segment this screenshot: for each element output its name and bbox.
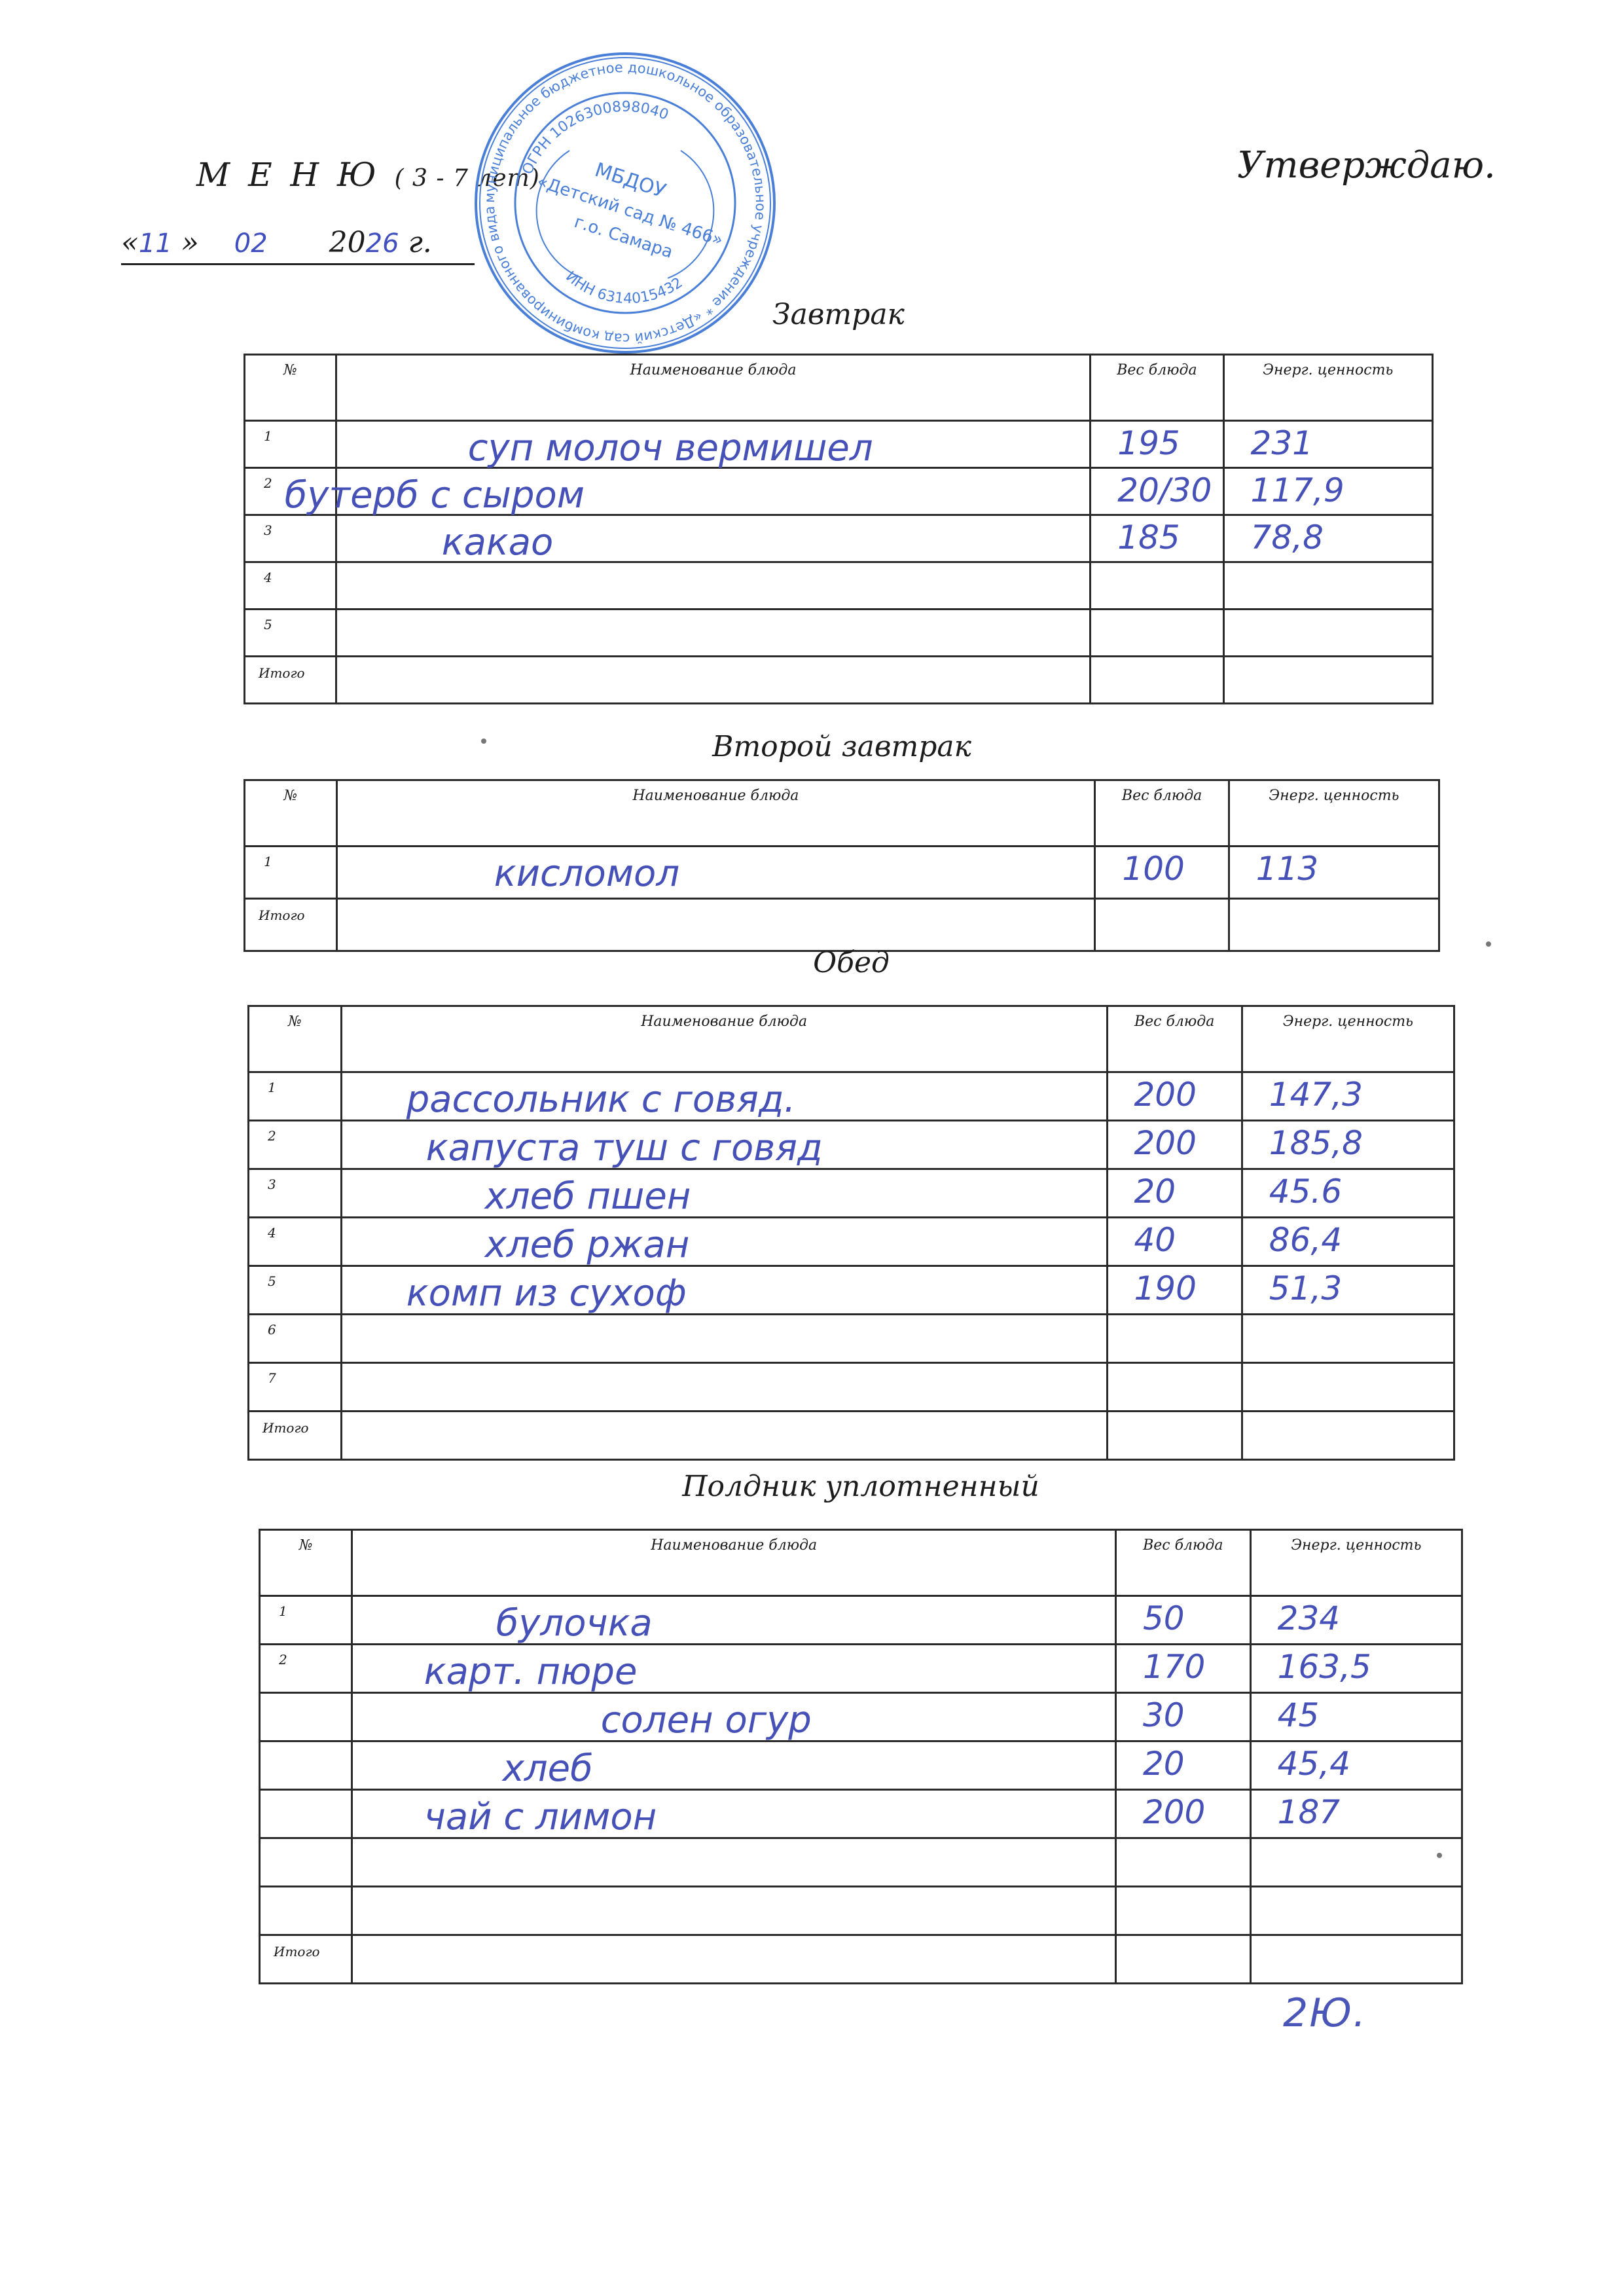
dish-energy-cell[interactable]: 45.6 [1242, 1169, 1454, 1218]
table-row: хлеб2045,4 [260, 1741, 1462, 1790]
dish-energy-cell[interactable]: 185,8 [1242, 1121, 1454, 1169]
dish-weight: 20 [1134, 1173, 1176, 1211]
row-number [260, 1887, 352, 1935]
table-row [260, 1838, 1462, 1887]
dish-weight: 100 [1122, 850, 1184, 888]
table-row: 4 [245, 562, 1433, 610]
dish-weight-cell[interactable] [1107, 1363, 1242, 1412]
dish-name-cell[interactable] [352, 1838, 1116, 1887]
table-row: 4хлеб ржан4086,4 [249, 1218, 1454, 1266]
svg-text:ОГРН 1026300898040: ОГРН 1026300898040 [519, 99, 670, 177]
table-row: чай с лимон200187 [260, 1790, 1462, 1838]
date-year-prefix: 20 [329, 226, 366, 259]
column-header-weight: Вес блюда [1095, 780, 1229, 847]
column-header-name: Наименование блюда [341, 1006, 1107, 1072]
total-cell[interactable] [1223, 657, 1432, 704]
row-number: 4 [249, 1218, 342, 1266]
total-row: Итого [245, 657, 1433, 704]
date-year-unit: г. [408, 226, 432, 259]
dish-name: бутерб с сыром [285, 474, 585, 517]
dish-name-cell[interactable]: какао [336, 515, 1091, 562]
signature: 2Ю. [1283, 1990, 1367, 2036]
dish-energy-cell[interactable] [1250, 1887, 1462, 1935]
table-row: 5 [245, 610, 1433, 657]
row-number: 2 [260, 1645, 352, 1693]
date-close-quote: » [181, 226, 199, 259]
dish-name-cell[interactable] [341, 1315, 1107, 1363]
table-row: 3какао18578,8 [245, 515, 1433, 562]
dish-energy-cell[interactable]: 231 [1223, 421, 1432, 468]
dish-weight-cell[interactable] [1107, 1315, 1242, 1363]
dish-energy-cell[interactable]: 113 [1229, 847, 1439, 899]
column-header-weight: Вес блюда [1115, 1530, 1250, 1596]
dish-energy-cell[interactable]: 187 [1250, 1790, 1462, 1838]
dish-energy-cell[interactable] [1223, 610, 1432, 657]
dish-weight-cell[interactable]: 190 [1107, 1266, 1242, 1315]
table-row: 2капуста туш с говяд200185,8 [249, 1121, 1454, 1169]
dish-weight: 20/30 [1117, 471, 1212, 509]
dish-energy: 187 [1278, 1793, 1340, 1831]
column-header-energy: Энерг. ценность [1250, 1530, 1462, 1596]
dish-energy-cell[interactable]: 78,8 [1223, 515, 1432, 562]
date-year-suffix: 26 [366, 228, 399, 259]
row-number: 1 [260, 1596, 352, 1645]
dish-weight: 20 [1143, 1745, 1185, 1783]
dish-name-cell[interactable] [336, 610, 1091, 657]
dish-energy: 113 [1256, 850, 1318, 888]
total-cell[interactable] [341, 1412, 1107, 1460]
dish-weight-cell[interactable] [1091, 562, 1223, 610]
column-header-weight: Вес блюда [1107, 1006, 1242, 1072]
total-label: Итого [260, 1935, 352, 1984]
column-header-energy: Энерг. ценность [1229, 780, 1439, 847]
table-row: 1булочка50234 [260, 1596, 1462, 1645]
dish-weight: 200 [1143, 1793, 1205, 1831]
menu-table: №Наименование блюдаВес блюдаЭнерг. ценно… [244, 354, 1434, 704]
dish-weight: 30 [1143, 1696, 1185, 1734]
section-title: Полдник уплотненный [632, 1470, 1090, 1503]
dish-energy-cell[interactable]: 86,4 [1242, 1218, 1454, 1266]
table-row: 6 [249, 1315, 1454, 1363]
row-number: 1 [249, 1072, 342, 1121]
dish-energy: 45 [1278, 1696, 1320, 1734]
table-row [260, 1887, 1462, 1935]
dish-name: комп из сухоф [406, 1272, 687, 1315]
dish-weight-cell[interactable]: 20 [1115, 1741, 1250, 1790]
dish-name-cell[interactable]: комп из сухоф [341, 1266, 1107, 1315]
table-row: 3хлеб пшен2045.6 [249, 1169, 1454, 1218]
total-row: Итого [260, 1935, 1462, 1984]
dish-name: хлеб ржан [485, 1224, 690, 1266]
column-header-weight: Вес блюда [1091, 355, 1223, 421]
dish-energy-cell[interactable]: 147,3 [1242, 1072, 1454, 1121]
dish-weight-cell[interactable]: 20 [1107, 1169, 1242, 1218]
dish-name-cell[interactable] [341, 1363, 1107, 1412]
dish-weight-cell[interactable]: 100 [1095, 847, 1229, 899]
dish-name-cell[interactable]: рассольник с говяд. [341, 1072, 1107, 1121]
row-number: 3 [249, 1169, 342, 1218]
total-cell[interactable] [1229, 899, 1439, 951]
dish-energy: 78,8 [1251, 519, 1324, 556]
total-cell[interactable] [336, 899, 1095, 951]
row-number: 2 [249, 1121, 342, 1169]
section-title: Обед [623, 946, 1081, 979]
dish-weight: 190 [1134, 1269, 1197, 1307]
dish-name-cell[interactable]: хлеб [352, 1741, 1116, 1790]
dish-name-cell[interactable]: хлеб пшен [341, 1169, 1107, 1218]
approval-label: Утверждаю. [1237, 144, 1496, 187]
dish-energy: 86,4 [1269, 1221, 1342, 1259]
total-label: Итого [245, 899, 337, 951]
dish-weight-cell[interactable]: 170 [1115, 1645, 1250, 1693]
row-number: 1 [245, 847, 337, 899]
dish-energy: 185,8 [1269, 1124, 1363, 1162]
dish-name: булочка [496, 1602, 653, 1645]
column-header-name: Наименование блюда [336, 355, 1091, 421]
dish-name-cell[interactable] [352, 1887, 1116, 1935]
dish-name: чай с лимон [424, 1796, 657, 1838]
row-number [260, 1741, 352, 1790]
dish-weight: 195 [1117, 424, 1180, 462]
dish-name-cell[interactable]: солен огур [352, 1693, 1116, 1741]
dish-name: хлеб пшен [485, 1175, 691, 1218]
total-label: Итого [249, 1412, 342, 1460]
column-header-name: Наименование блюда [352, 1530, 1116, 1596]
dish-weight-cell[interactable]: 200 [1115, 1790, 1250, 1838]
table-row: 7 [249, 1363, 1454, 1412]
dish-energy-cell[interactable]: 45 [1250, 1693, 1462, 1741]
dish-energy-cell[interactable]: 163,5 [1250, 1645, 1462, 1693]
column-header-energy: Энерг. ценность [1242, 1006, 1454, 1072]
dish-name: какао [442, 521, 554, 564]
dish-name: рассольник с говяд. [406, 1078, 796, 1121]
total-label: Итого [245, 657, 336, 704]
dish-weight: 40 [1134, 1221, 1176, 1259]
row-number: 4 [245, 562, 336, 610]
dish-name: капуста туш с говяд [426, 1127, 823, 1169]
dish-name: хлеб [503, 1747, 593, 1790]
dish-weight: 185 [1117, 519, 1180, 556]
date-month: 02 [234, 228, 268, 259]
dish-energy: 45,4 [1278, 1745, 1350, 1783]
row-number: 5 [249, 1266, 342, 1315]
row-number [260, 1693, 352, 1741]
menu-date: «11 » 02 2026 г. [121, 226, 475, 265]
dish-energy: 45.6 [1269, 1173, 1342, 1211]
dish-name: кисломол [494, 852, 679, 895]
dish-energy: 117,9 [1251, 471, 1344, 509]
dish-weight: 200 [1134, 1076, 1197, 1114]
dish-name-cell[interactable]: хлеб ржан [341, 1218, 1107, 1266]
dish-energy: 163,5 [1278, 1648, 1371, 1686]
table-row: 2бутерб с сыром20/30117,9 [245, 468, 1433, 515]
dish-weight-cell[interactable]: 40 [1107, 1218, 1242, 1266]
total-cell[interactable] [1095, 899, 1229, 951]
dish-weight: 50 [1143, 1599, 1185, 1637]
dish-name-cell[interactable]: кисломол [336, 847, 1095, 899]
total-row: Итого [249, 1412, 1454, 1460]
dish-weight-cell[interactable]: 185 [1091, 515, 1223, 562]
column-header-num: № [245, 780, 337, 847]
date-day: 11 [139, 228, 172, 259]
table-row: 1кисломол100113 [245, 847, 1439, 899]
dish-energy-cell[interactable] [1242, 1363, 1454, 1412]
dish-name-cell[interactable]: бутерб с сыром [336, 468, 1091, 515]
dish-name-cell[interactable] [336, 562, 1091, 610]
dish-weight-cell[interactable]: 30 [1115, 1693, 1250, 1741]
dish-weight-cell[interactable] [1091, 610, 1223, 657]
total-cell[interactable] [1107, 1412, 1242, 1460]
dish-energy: 147,3 [1269, 1076, 1363, 1114]
dish-name-cell[interactable]: чай с лимон [352, 1790, 1116, 1838]
row-number: 5 [245, 610, 336, 657]
date-open-quote: « [121, 226, 139, 259]
row-number: 6 [249, 1315, 342, 1363]
menu-table: №Наименование блюдаВес блюдаЭнерг. ценно… [244, 779, 1440, 952]
total-cell[interactable] [1250, 1935, 1462, 1984]
dish-weight: 170 [1143, 1648, 1205, 1686]
dish-weight-cell[interactable] [1115, 1887, 1250, 1935]
dish-weight-cell[interactable]: 200 [1107, 1072, 1242, 1121]
menu-title-text: М Е Н Ю [196, 156, 380, 194]
row-number: 7 [249, 1363, 342, 1412]
dish-energy: 231 [1251, 424, 1313, 462]
column-header-energy: Энерг. ценность [1223, 355, 1432, 421]
dish-energy-cell[interactable]: 117,9 [1223, 468, 1432, 515]
column-header-num: № [260, 1530, 352, 1596]
dish-name-cell[interactable]: карт. пюре [352, 1645, 1116, 1693]
column-header-num: № [245, 355, 336, 421]
dish-name: солен огур [601, 1699, 812, 1741]
total-cell[interactable] [1115, 1935, 1250, 1984]
column-header-name: Наименование блюда [336, 780, 1095, 847]
dish-energy-cell[interactable]: 45,4 [1250, 1741, 1462, 1790]
table-row: солен огур3045 [260, 1693, 1462, 1741]
dish-name-cell[interactable]: булочка [352, 1596, 1116, 1645]
dish-weight-cell[interactable]: 200 [1107, 1121, 1242, 1169]
dish-energy-cell[interactable]: 234 [1250, 1596, 1462, 1645]
dish-weight-cell[interactable]: 50 [1115, 1596, 1250, 1645]
dish-name: карт. пюре [424, 1650, 638, 1693]
row-number: 3 [245, 515, 336, 562]
total-cell[interactable] [1242, 1412, 1454, 1460]
total-cell[interactable] [1091, 657, 1223, 704]
dish-energy-cell[interactable]: 51,3 [1242, 1266, 1454, 1315]
row-number: 1 [245, 421, 336, 468]
dish-energy-cell[interactable] [1250, 1838, 1462, 1887]
dish-energy: 234 [1278, 1599, 1340, 1637]
dish-name-cell[interactable]: капуста туш с говяд [341, 1121, 1107, 1169]
column-header-num: № [249, 1006, 342, 1072]
menu-table: №Наименование блюдаВес блюдаЭнерг. ценно… [259, 1529, 1463, 1984]
row-number [260, 1838, 352, 1887]
dish-energy-cell[interactable] [1242, 1315, 1454, 1363]
dish-name: суп молоч вермишел [468, 427, 873, 469]
section-title: Завтрак [609, 298, 1068, 331]
section-title: Второй завтрак [613, 730, 1071, 763]
table-row: 2карт. пюре170163,5 [260, 1645, 1462, 1693]
row-number [260, 1790, 352, 1838]
stamp-ogrn: ОГРН 1026300898040 [519, 99, 670, 177]
dish-weight-cell[interactable] [1115, 1838, 1250, 1887]
table-row: 1рассольник с говяд.200147,3 [249, 1072, 1454, 1121]
total-row: Итого [245, 899, 1439, 951]
dish-weight: 200 [1134, 1124, 1197, 1162]
menu-table: №Наименование блюдаВес блюдаЭнерг. ценно… [247, 1005, 1455, 1461]
dish-energy-cell[interactable] [1223, 562, 1432, 610]
table-row: 5комп из сухоф19051,3 [249, 1266, 1454, 1315]
dish-weight-cell[interactable]: 20/30 [1091, 468, 1223, 515]
table-row: 1суп молоч вермишел195231 [245, 421, 1433, 468]
dish-energy: 51,3 [1269, 1269, 1342, 1307]
total-cell[interactable] [336, 657, 1091, 704]
dish-name-cell[interactable]: суп молоч вермишел [336, 421, 1091, 468]
dish-weight-cell[interactable]: 195 [1091, 421, 1223, 468]
total-cell[interactable] [352, 1935, 1116, 1984]
